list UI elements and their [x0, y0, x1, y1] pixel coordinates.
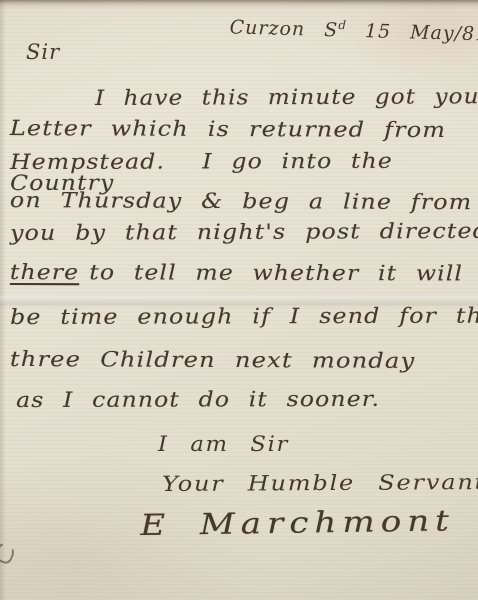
- body-line-9: as I cannot do it sooner.: [16, 388, 478, 411]
- body-line-7: be time enough if I send for the: [10, 305, 478, 328]
- salutation: Sir: [26, 40, 60, 64]
- body-line-2: Letter which is returned from: [10, 118, 478, 141]
- body-line-1: I have this minute got your: [95, 86, 478, 109]
- closing-line-2: Your Humble Servant: [162, 470, 478, 496]
- signature: E Marchmont: [140, 503, 455, 542]
- dateline: Curzon Sd 15 May/81: [229, 15, 478, 46]
- body-line-6-rest: to tell me whether it will: [89, 260, 463, 285]
- body-line-8: three Children next monday: [10, 349, 478, 372]
- underlined-word-there: there: [10, 260, 79, 284]
- body-line-4: on Thursday & beg a line from: [10, 190, 478, 213]
- paper-top-edge-shadow: [0, 0, 478, 9]
- body-line-6: thereto tell me whether it will: [10, 262, 478, 285]
- letter-sheet: Curzon Sd 15 May/81 Sir I have this minu…: [0, 0, 478, 600]
- dateline-place: Curzon S: [229, 16, 338, 41]
- body-line-5: you by that night's post directed: [10, 221, 478, 244]
- left-edge-ink-mark: [0, 540, 17, 566]
- closing-line-1: I am Sir: [158, 432, 289, 456]
- paper-left-edge-shadow: [0, 0, 6, 600]
- dateline-date: 15 May/81: [346, 20, 478, 46]
